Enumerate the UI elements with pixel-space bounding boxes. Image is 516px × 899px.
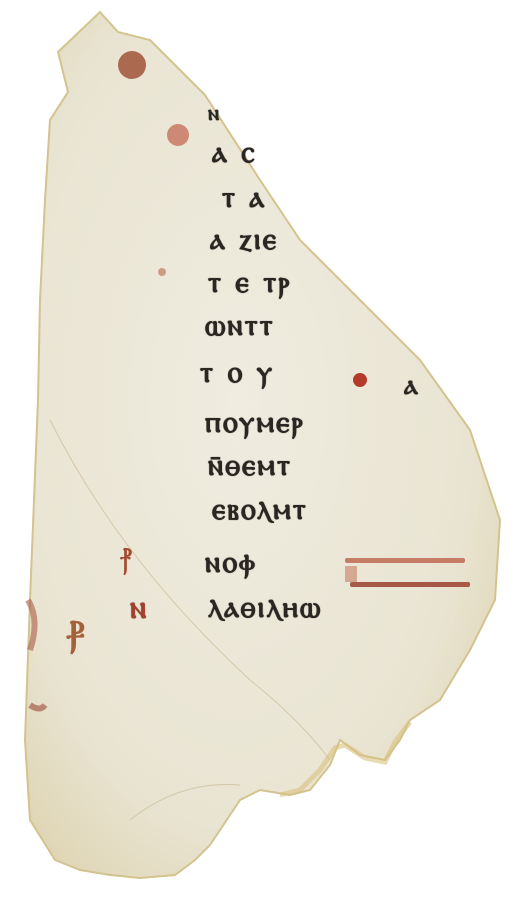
text-line-2: ⲁ ⲥ [212,135,257,170]
text-line-5: ⲧ ⲉ ⲧⲣ [208,265,291,300]
manuscript-photo: ⲛ ⲁ ⲥ ⲧ ⲁ ⲁ ⲍⲓⲉ ⲧ ⲉ ⲧⲣ ⲱⲛⲧⲧ ⲧ ⲟ ⲩ ⲡⲟⲩⲙⲉⲣ… [0,0,516,899]
rubric-initial-n: ⲛ [130,588,148,627]
marginal-quire-mark: ⳁ [66,608,85,655]
text-line-8: ⲡⲟⲩⲙⲉⲣ [205,405,305,440]
text-line-7: ⲧ ⲟ ⲩ [200,355,274,390]
text-line-3: ⲧ ⲁ [222,180,266,215]
text-line-9: ⲛ̄ⲑⲉⲙⲧ [208,448,292,483]
marginal-cross-symbol: ⳨ [120,546,132,577]
text-line-4: ⲁ ⲍⲓⲉ [210,222,278,257]
text-line-6: ⲱⲛⲧⲧ [205,308,275,343]
text-line-12: ⲗⲁⲑⲓⲗⲏⲱ [208,590,322,625]
text-line-10: ⲉⲃⲟⲗⲙⲧ [212,492,308,527]
text-line-11: ⲛⲟⲫ [205,545,257,580]
rubric-letter-a: ⲁ [404,368,420,402]
text-line-1: ⲛ [208,100,221,126]
